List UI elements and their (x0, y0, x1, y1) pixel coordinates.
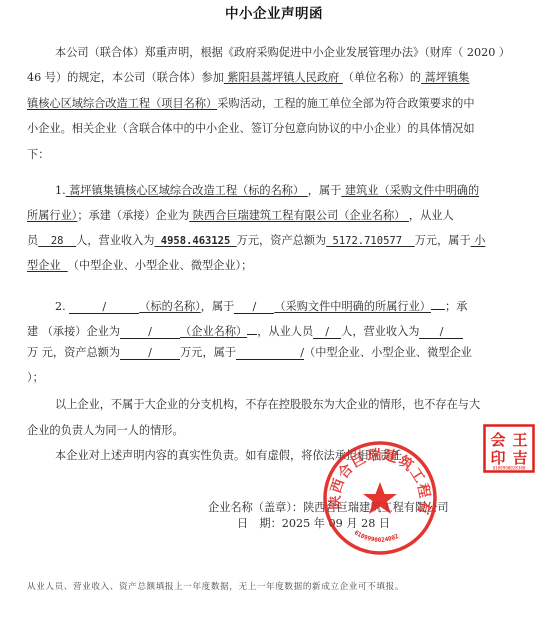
item2-revenue-label: 人，营业收入为 (341, 325, 419, 338)
svg-text:会: 会 (490, 431, 505, 449)
item2-industry-tail (431, 296, 445, 310)
para1-line1: 本公司（联合体）郑重声明，根据《政府采购促进中小企业发展管理办法》（财库（ 20… (55, 46, 510, 60)
document-title: 中小企业声明函 (0, 2, 548, 22)
item1-revenue-label: 人，营业收入为 (76, 234, 154, 247)
item2-revenue: / (419, 325, 463, 339)
item1-line2: 所属行业）；承建（承接）企业为 陕西合巨瑞建筑工程有限公司（企业名称） ，从业人 (27, 209, 454, 223)
seal-code: 6109990024002 (353, 529, 400, 544)
item1-subject: 蒿坪镇集镇核心区域综合改造工程（标的名称） (66, 184, 308, 197)
item1-employees-label: ，从业人 (409, 209, 454, 222)
item2-line3: 万 元，资产总额为/万元，属于/（中型企业、小型企业、微型企业 (27, 346, 472, 360)
svg-text:王: 王 (512, 431, 527, 449)
item1-contractor: 陕西合巨瑞建筑工程有限公司（企业名称） (189, 209, 409, 222)
item2-contractor-suffix: （企业名称） (180, 325, 247, 338)
para1-l3b: 采购活动，工程的施工单位全部为符合政策要求的中 (217, 97, 474, 110)
date-label: 日 期： (237, 517, 282, 530)
item1-employees: 28 (38, 235, 76, 247)
item1-employees-label2: 员 (27, 234, 38, 247)
item2-assets-label: 万 元，资产总额为 (27, 346, 120, 359)
para1-line4: 小企业。相关企业（含联合体中的中小企业、签订分包意向协议的中小企业）的具体情况如 (27, 122, 475, 136)
item2-subject: / (69, 300, 139, 314)
item1-industry-a: 建筑业（采购文件中明确的 (341, 184, 479, 197)
item1-contractor-label: ；承建（承接）企业为 (77, 209, 189, 222)
para1-line2: 46 号）的规定，本公司（联合体）参加 紫阳县蒿坪镇人民政府 （单位名称）的 蒿… (27, 71, 469, 85)
item2-industry-suffix: （采购文件中明确的所属行业） (274, 300, 431, 313)
item1-options: （中型企业、小型企业、微型企业）； (68, 259, 253, 272)
item2-employees: / (313, 325, 341, 339)
item2-industry: / (234, 300, 274, 314)
personal-seal-icon: 王 吉 会 印 6109990028380 (483, 424, 535, 482)
square-seal-code: 6109990028380 (493, 466, 526, 471)
item1-size-label: 万元，属于 (415, 234, 471, 247)
item1-line4: 型企业 （中型企业、小型企业、微型企业）； (27, 259, 252, 273)
item1-size-b: 型企业 (27, 259, 68, 272)
item2-belongs-label: ，属于 (201, 300, 235, 313)
item1-number: 1. (55, 184, 66, 197)
item1-size-a: 小 (471, 234, 486, 247)
purchasing-unit: 紫阳县蒿坪镇人民政府 (224, 71, 343, 84)
para1-l2b: （单位名称）的 (343, 71, 421, 84)
para1-l2a: 46 号）的规定，本公司（联合体）参加 (27, 71, 224, 84)
item2-assets: / (120, 346, 180, 360)
item2-subject-suffix: （标的名称） (139, 300, 201, 313)
item1-assets: 5172.710577 (326, 235, 415, 247)
project-name-part2: 镇核心区域综合改造工程（项目名称） (27, 97, 217, 110)
company-label: 企业名称（盖章）： (208, 501, 303, 514)
item2-end1: ；承 (445, 300, 467, 313)
item2-employees-label: ，从业人员 (257, 325, 313, 338)
item2-contractor-label: 建 （承接）企业为 (27, 325, 120, 338)
item2-line2: 建 （承接）企业为/（企业名称），从业人员/人，营业收入为/ (27, 321, 463, 339)
item2-line1: 2. /（标的名称），属于/（采购文件中明确的所属行业）；承 (55, 296, 467, 314)
company-seal-icon: 陕西合巨瑞建筑工程有限公司 6109990024002 (320, 438, 440, 558)
para2-line1: 以上企业，不属于大企业的分支机构，不存在控股股东为大企业的情形，也不存在与大 (55, 398, 480, 412)
footnote: 从业人员、营业收入、资产总额填报上一年度数据，无上一年度数据的新成立企业可不填报… (27, 580, 404, 592)
item2-contractor-tail (247, 321, 257, 335)
para1-line3: 镇核心区域综合改造工程（项目名称）采购活动，工程的施工单位全部为符合政策要求的中 (27, 97, 475, 111)
item1-line1: 1. 蒿坪镇集镇核心区域综合改造工程（标的名称） ，属于 建筑业（采购文件中明确… (55, 184, 479, 198)
item1-industry-b: 所属行业） (27, 209, 77, 222)
project-name-part1: 蒿坪镇集 (421, 71, 469, 84)
svg-text:6109990024002: 6109990024002 (353, 529, 400, 544)
para2-line2: 企业的负责人为同一人的情形。 (27, 424, 184, 438)
item1-belongs-label: ，属于 (308, 184, 342, 197)
item2-size: / (236, 346, 304, 360)
item1-line3: 员 28 人，营业收入为 4958.463125 万元，资产总额为 5172.7… (27, 234, 485, 248)
item1-assets-label: 万元，资产总额为 (237, 234, 327, 247)
svg-text:吉: 吉 (512, 449, 527, 467)
item1-revenue: 4958.463125 (154, 235, 236, 247)
item2-line4: ）； (27, 371, 44, 385)
item2-number: 2. (55, 300, 66, 313)
para1-line5: 下： (27, 148, 49, 162)
item2-contractor: / (120, 325, 180, 339)
svg-text:印: 印 (490, 449, 505, 467)
item2-options: （中型企业、小型企业、微型企业 (304, 346, 472, 359)
item2-size-label: 万元，属于 (180, 346, 236, 359)
